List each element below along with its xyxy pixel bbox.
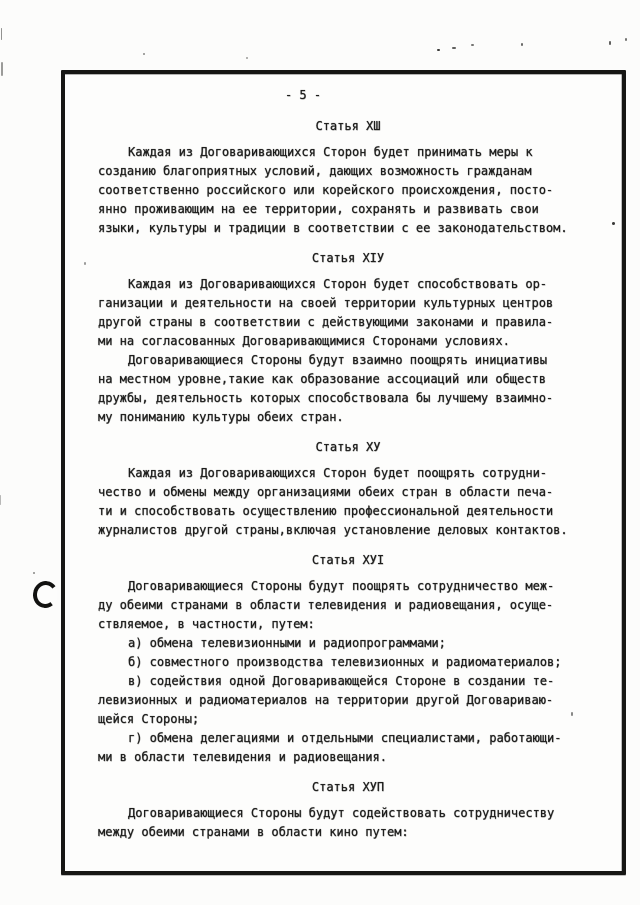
text-line: ду обеими странами в области телевидения… <box>98 596 598 615</box>
text-line: а) обмена телевизионными и радиопрограмм… <box>98 634 598 653</box>
text-line: ганизации и деятельности на своей террит… <box>98 294 598 313</box>
scan-edge-tick <box>1 28 2 40</box>
text-line: Каждая из Договаривающихся Сторон будет … <box>98 275 598 294</box>
page-border-frame: - 5 - Статья ХШКаждая из Договаривающихс… <box>61 70 626 875</box>
scan-speck <box>612 222 615 225</box>
text-line: на местном уровне,такие как образование … <box>98 370 598 389</box>
article-heading: Статья ХУI <box>98 551 598 570</box>
page-content: - 5 - Статья ХШКаждая из Договаривающихс… <box>98 86 598 842</box>
scan-speck <box>609 41 611 45</box>
scan-edge-tick <box>1 62 3 76</box>
text-line: языки, культуры и традиции в соответстви… <box>98 219 598 238</box>
scan-speck <box>437 49 440 51</box>
text-line: б) совместного производства телевизионны… <box>98 653 598 672</box>
text-line: соответственно российского или корейског… <box>98 181 598 200</box>
page-number: - 5 - <box>53 86 553 105</box>
hole-punch-mark <box>31 579 60 609</box>
scan-speck <box>625 38 627 41</box>
scan-speck <box>471 44 474 46</box>
text-line: ствляемое, в частности, путем: <box>98 615 598 634</box>
text-line: г) обмена делегациями и отдельными специ… <box>98 729 598 748</box>
text-line: в) содействия одной Договаривающейся Сто… <box>98 672 598 691</box>
scan-speck <box>571 712 573 716</box>
text-line: ми на согласованных Договаривающимися Ст… <box>98 332 598 351</box>
text-line: ми в области телевидения и радиовещания. <box>98 748 598 767</box>
scan-speck <box>84 262 86 265</box>
text-line: ти и способствовать осуществлению профес… <box>98 502 598 521</box>
text-line: щейся Стороны; <box>98 710 598 729</box>
text-line: дружбы, деятельность которых способствов… <box>98 389 598 408</box>
article-heading: Статья ХУП <box>98 778 598 797</box>
text-line: му пониманию культуры обеих стран. <box>98 408 598 427</box>
text-line: Договаривающиеся Стороны будут поощрять … <box>98 577 598 596</box>
scan-speck <box>521 43 523 46</box>
text-line: Каждая из Договаривающихся Сторон будет … <box>98 464 598 483</box>
article-heading: Статья ХIУ <box>98 249 598 268</box>
scan-speck <box>143 53 145 55</box>
text-line: янно проживающим на ее территории, сохра… <box>98 200 598 219</box>
scan-edge-tick <box>0 495 1 505</box>
text-line: чество и обмены между организациями обеи… <box>98 483 598 502</box>
text-line: Каждая из Договаривающихся Сторон будет … <box>98 143 598 162</box>
article-heading: Статья ХУ <box>98 438 598 457</box>
text-line: левизионных и радиоматериалов на террито… <box>98 691 598 710</box>
scan-speck <box>452 47 456 49</box>
article-heading: Статья ХШ <box>98 117 598 136</box>
text-line: журналистов другой страны,включая устано… <box>98 521 598 540</box>
document-body: Статья ХШКаждая из Договаривающихся Стор… <box>98 117 598 842</box>
text-line: между обеими странами в области кино пут… <box>98 823 598 842</box>
text-line: Договаривающиеся Стороны будут взаимно п… <box>98 351 598 370</box>
scan-speck <box>246 57 248 59</box>
text-line: созданию благоприятных условий, дающих в… <box>98 162 598 181</box>
scan-speck <box>33 572 35 574</box>
text-line: Договаривающиеся Стороны будут содейство… <box>98 804 598 823</box>
text-line: другой страны в соответствии с действующ… <box>98 313 598 332</box>
